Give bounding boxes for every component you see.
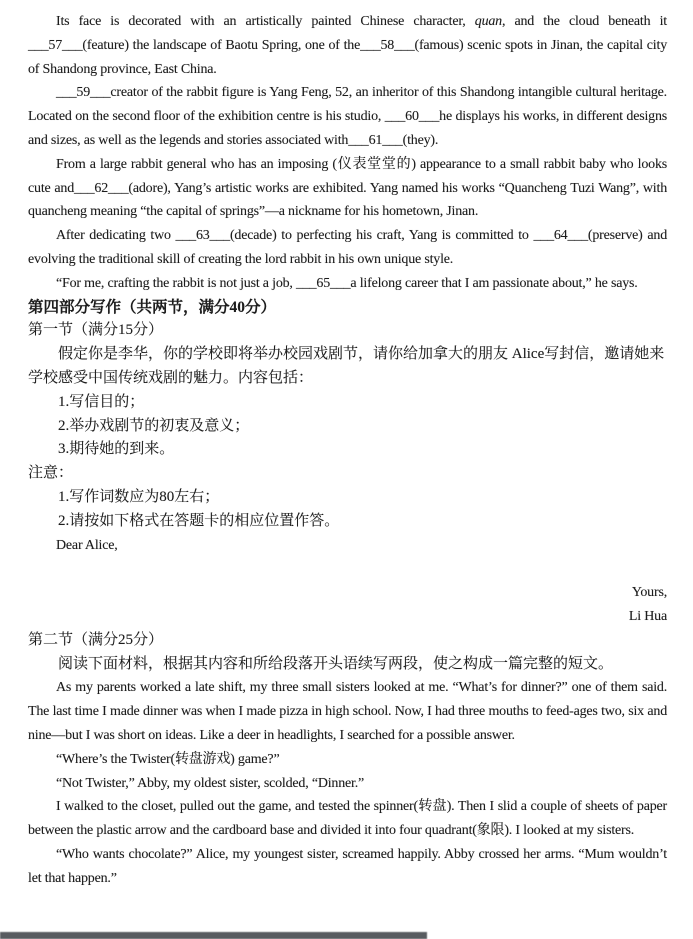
- story-dialogue-1: “Where’s the Twister(转盘游戏) game?”: [28, 748, 667, 772]
- letter-point-1: 1.写信目的；: [28, 391, 667, 415]
- story-paragraph-1: As my parents worked a late shift, my th…: [28, 676, 667, 747]
- letter-salutation: Dear Alice,: [28, 534, 667, 558]
- story-dialogue-2: “Not Twister,” Abby, my oldest sister, s…: [28, 772, 667, 796]
- letter-task-intro: 假定你是李华，你的学校即将举办校园戏剧节，请你给加拿大的朋友 Alice写封信，…: [28, 343, 667, 391]
- document-body: Its face is decorated with an artistical…: [28, 10, 667, 890]
- story-paragraph-2: I walked to the closet, pulled out the g…: [28, 795, 667, 843]
- letter-body-blank: [28, 557, 667, 581]
- cloze-paragraph-1: Its face is decorated with an artistical…: [28, 10, 667, 81]
- notes-label: 注意：: [28, 462, 667, 486]
- cloze-paragraph-5: “For me, crafting the rabbit is not just…: [28, 272, 667, 296]
- cloze-paragraph-3: From a large rabbit general who has an i…: [28, 153, 667, 224]
- letter-point-3: 3.期待她的到来。: [28, 438, 667, 462]
- section4-heading: 第四部分写作（共两节，满分40分）: [28, 296, 667, 320]
- letter-signature: Li Hua: [28, 605, 667, 629]
- section4-part1-heading: 第一节（满分15分）: [28, 319, 667, 343]
- note-1: 1.写作词数应为80左右；: [28, 486, 667, 510]
- exam-page: Its face is decorated with an artistical…: [0, 0, 693, 890]
- scan-artifact-bar: [0, 932, 427, 939]
- continuation-task-intro: 阅读下面材料，根据其内容和所给段落开头语续写两段，使之构成一篇完整的短文。: [28, 653, 667, 677]
- letter-point-2: 2.举办戏剧节的初衷及意义；: [28, 415, 667, 439]
- note-2: 2.请按如下格式在答题卡的相应位置作答。: [28, 510, 667, 534]
- story-paragraph-3: “Who wants chocolate?” Alice, my younges…: [28, 843, 667, 891]
- section4-part2-heading: 第二节（满分25分）: [28, 629, 667, 653]
- cloze-paragraph-2: ___59___creator of the rabbit figure is …: [28, 81, 667, 152]
- letter-closing: Yours,: [28, 581, 667, 605]
- cloze-paragraph-4: After dedicating two ___63___(decade) to…: [28, 224, 667, 272]
